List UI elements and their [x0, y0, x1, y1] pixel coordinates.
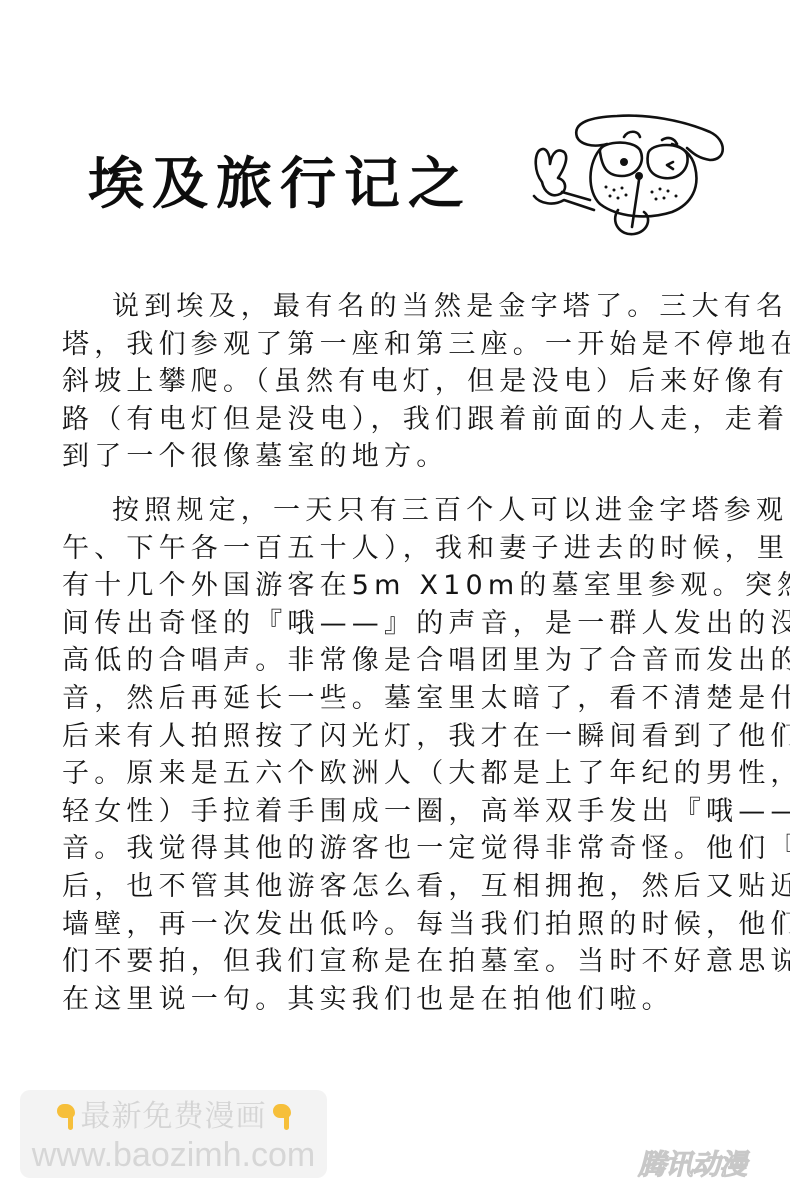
paragraph-2-line: 音。我觉得其他的游客也一定觉得非常奇怪。他们『哦』完	[62, 830, 752, 868]
paragraph-2-line: 有十几个外国游客在5m X10m的墓室里参观。突然，墓室中	[62, 567, 752, 605]
article-body: 说到埃及，最有名的当然是金字塔了。三大有名的金字 塔，我们参观了第一座和第三座。…	[62, 288, 752, 1018]
paragraph-1-line: 斜坡上攀爬。（虽然有电灯，但是没电）后来好像有两条岔	[62, 363, 752, 401]
paragraph-2-line: 子。原来是五六个欧洲人（大都是上了年纪的男性，也有年	[62, 755, 752, 793]
watermark-headline: 最新免费漫画	[20, 1098, 327, 1136]
watermark-slogan: 最新免费漫画	[81, 1098, 267, 1136]
paragraph-1-line: 塔，我们参观了第一座和第三座。一开始是不停地在阴暗的	[62, 326, 752, 364]
paragraph-2-line: 后，也不管其他游客怎么看，互相拥抱，然后又贴近墓室的	[62, 868, 752, 906]
paragraph-1-line: 说到埃及，最有名的当然是金字塔了。三大有名的金字	[62, 288, 752, 326]
paragraph-2-line: 高低的合唱声。非常像是合唱团里为了合音而发出的DO的	[62, 642, 752, 680]
pointing-down-hand-icon	[55, 1102, 77, 1132]
watermark-banner[interactable]: 最新免费漫画 www.baozimh.com	[20, 1090, 327, 1178]
paragraph-2-line: 后来有人拍照按了闪光灯，我才在一瞬间看到了他们的样	[62, 718, 752, 756]
paragraph-1-line: 到了一个很像墓室的地方。	[62, 438, 752, 476]
tencent-comic-logo: 腾讯动漫	[638, 1147, 762, 1183]
watermark-url-link[interactable]: www.baozimh.com	[20, 1136, 327, 1174]
paragraph-2-line: 在这里说一句。其实我们也是在拍他们啦。	[62, 981, 752, 1019]
dog-mascot-icon	[532, 92, 732, 252]
paragraph-2-line: 午、下午各一百五十人），我和妻子进去的时候，里面已经	[62, 530, 752, 568]
page-title: 埃及旅行记之	[88, 150, 472, 220]
paragraph-2-line: 间传出奇怪的『哦——』的声音，是一群人发出的没有抑扬	[62, 605, 752, 643]
paragraph-2-line: 按照规定，一天只有三百个人可以进金字塔参观（上	[62, 492, 752, 530]
paragraph-2-line: 们不要拍，但我们宣称是在拍墓室。当时不好意思说，所以	[62, 943, 752, 981]
paragraph-2-line: 墙壁，再一次发出低吟。每当我们拍照的时候，他们都叫我	[62, 906, 752, 944]
paragraph-2-line: 轻女性）手拉着手围成一圈，高举双手发出『哦——』的声	[62, 793, 752, 831]
paragraph-2-line: 音，然后再延长一些。墓室里太暗了，看不清楚是什么人，	[62, 680, 752, 718]
pointing-down-hand-icon	[271, 1102, 293, 1132]
paragraph-1-line: 路（有电灯但是没电），我们跟着前面的人走，走着走着，	[62, 401, 752, 439]
